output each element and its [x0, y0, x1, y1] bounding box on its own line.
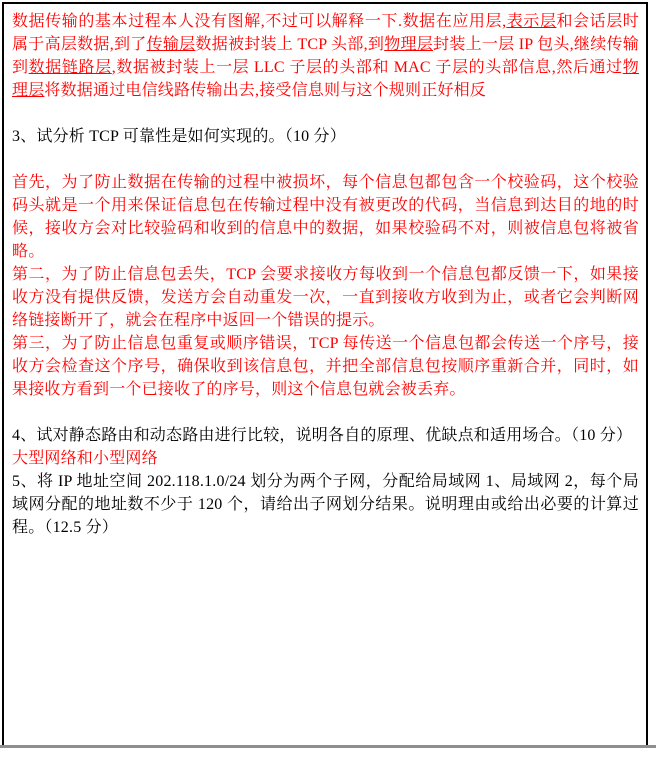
text-run: 将数据通过电信线路传输出去,接受信息则与这个规则正好相反: [44, 82, 486, 99]
text-run: 4、试对静态路由和动态路由进行比较，说明各自的原理、优缺点和适用场合。（10 分…: [12, 427, 632, 444]
question-5: 5、将 IP 地址空间 202.118.1.0/24 划分为两个子网，分配给局域…: [12, 470, 639, 539]
text-run: 第三，为了防止信息包重复或顺序错误，TCP 每传送一个信息包都会传送一个序号，接…: [12, 335, 639, 398]
text-run: 3、试分析 TCP 可靠性是如何实现的。（10 分）: [12, 128, 346, 145]
text-run: 数据被封装上 TCP 头部,到: [195, 36, 384, 53]
blank-line-2: [12, 148, 639, 171]
page-bottom-border: [0, 745, 656, 748]
text-run: 数据传输的基本过程本人没有图解,不过可以解释一下.数据在应用层,: [12, 13, 506, 30]
text-run: 5、将 IP 地址空间 202.118.1.0/24 划分为两个子网，分配给局域…: [12, 473, 639, 536]
answer-data-transmission-paragraph: 数据传输的基本过程本人没有图解,不过可以解释一下.数据在应用层,表示层和会话层时…: [12, 10, 639, 102]
document-content: 数据传输的基本过程本人没有图解,不过可以解释一下.数据在应用层,表示层和会话层时…: [4, 4, 646, 539]
underlined-term: 物理层: [384, 36, 433, 53]
answer-routing: 大型网络和小型网络: [12, 447, 639, 470]
blank-line-3: [12, 401, 639, 424]
text-run: 第二，为了防止信息包丢失，TCP 会要求接收方每收到一个信息包都反馈一下，如果接…: [12, 266, 639, 329]
underlined-term: 表示层: [506, 13, 556, 30]
answer-tcp-point-3: 第三，为了防止信息包重复或顺序错误，TCP 每传送一个信息包都会传送一个序号，接…: [12, 332, 639, 401]
document-frame: 数据传输的基本过程本人没有图解,不过可以解释一下.数据在应用层,表示层和会话层时…: [2, 2, 648, 745]
text-run: ,数据被封装上一层 LLC 子层的头部和 MAC 子层的头部信息,然后通过: [112, 59, 623, 76]
text-run: 大型网络和小型网络: [12, 450, 158, 467]
underlined-term: 传输层: [147, 36, 196, 53]
underlined-term: 数据链路层: [29, 59, 112, 76]
answer-tcp-point-1: 首先，为了防止数据在传输的过程中被损坏，每个信息包都包含一个校验码，这个校验码头…: [12, 171, 639, 263]
question-4: 4、试对静态路由和动态路由进行比较，说明各自的原理、优缺点和适用场合。（10 分…: [12, 424, 639, 447]
blank-line-1: [12, 102, 639, 125]
question-3: 3、试分析 TCP 可靠性是如何实现的。（10 分）: [12, 125, 639, 148]
text-run: 首先，为了防止数据在传输的过程中被损坏，每个信息包都包含一个校验码，这个校验码头…: [12, 174, 639, 260]
answer-tcp-point-2: 第二，为了防止信息包丢失，TCP 会要求接收方每收到一个信息包都反馈一下，如果接…: [12, 263, 639, 332]
document-page: 数据传输的基本过程本人没有图解,不过可以解释一下.数据在应用层,表示层和会话层时…: [0, 0, 656, 759]
